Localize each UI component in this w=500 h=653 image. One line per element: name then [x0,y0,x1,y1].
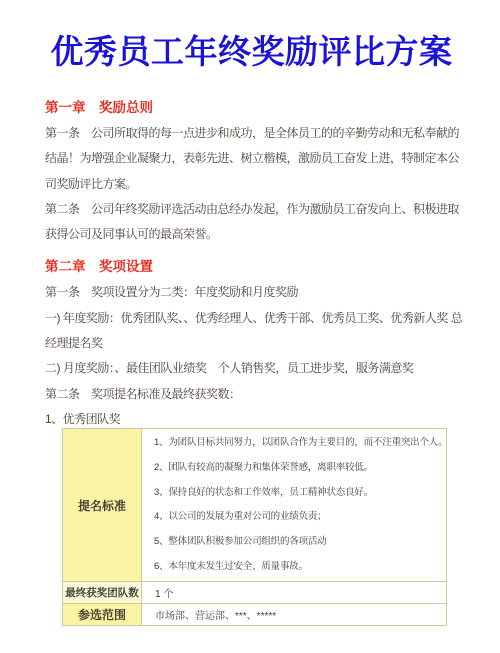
body-text-line: 一) 年度奖励：优秀团队奖、、优秀经理人、优秀干部、优秀员工奖、优秀新人奖 总 [45,306,458,331]
scope-row: 参选范围 市场部、营运部、***、***** [63,604,447,626]
scope-value-cell: 市场部、营运部、***、***** [142,604,447,626]
body-text-line: 第二条 奖项提名标准及最终获奖数： [45,382,458,407]
body-text-line: 第二条 公司年终奖励评选活动由总经办发起，作为激励员工奋发向上、积极进取 [45,197,458,222]
criteria-item: 4、以公司的发展为重对公司的业绩负责； [154,505,442,530]
body-text-line: 第一条 公司所取得的每一点进步和成功，是全体员工的的辛勤劳动和无私奉献的 [45,121,458,146]
paragraph-award-types: 第一条 奖项设置分为二类：年度奖励和月度奖励 [45,280,458,305]
criteria-item: 1、为团队目标共同努力，以团队合作为主要目的，而不注重突出个人。 [154,431,442,456]
paragraph-criteria-intro: 第二条 奖项提名标准及最终获奖数： [45,382,458,407]
chapter-1-heading: 第一章 奖励总则 [45,99,458,116]
chapter-2-heading: 第二章 奖项设置 [45,258,458,275]
criteria-item: 6、本年度未发生过安全、质量事故。 [154,555,442,580]
criteria-label-cell: 提名标准 [63,429,142,582]
winner-count-row: 最终获奖团队数 1 个 [63,582,447,604]
body-text-line: 司奖励评比方案。 [45,172,458,197]
paragraph-annual-awards: 一) 年度奖励：优秀团队奖、、优秀经理人、优秀干部、优秀员工奖、优秀新人奖 总 … [45,306,458,357]
criteria-row: 提名标准 1、为团队目标共同努力，以团队合作为主要目的，而不注重突出个人。 2、… [63,429,447,582]
criteria-item: 5、整体团队积极参加公司组织的各项活动 [154,530,442,555]
document-page: 优秀员工年终奖励评比方案 第一章 奖励总则 第一条 公司所取得的每一点进步和成功… [0,0,500,653]
winner-count-label-cell: 最终获奖团队数 [63,582,142,604]
paragraph-monthly-awards: 二) 月度奖励：、最佳团队业绩奖 个人销售奖，员工进步奖，服务满意奖 [45,356,458,381]
body-text-line: 结晶！为增强企业凝聚力，表彰先进、树立楷模，激励员工奋发上进，特制定本公 [45,146,458,171]
paragraph-article-2: 第二条 公司年终奖励评选活动由总经办发起，作为激励员工奋发向上、积极进取 获得公… [45,197,458,248]
winner-count-value-cell: 1 个 [142,582,447,604]
criteria-item: 3、保持良好的状态和工作效率，员工精神状态良好。 [154,481,442,506]
criteria-items-cell: 1、为团队目标共同努力，以团队合作为主要目的，而不注重突出个人。 2、团队有较高… [142,429,447,582]
body-text-line: 获得公司及同事认可的最高荣誉。 [45,222,458,247]
chapter-1: 第一章 奖励总则 第一条 公司所取得的每一点进步和成功，是全体员工的的辛勤劳动和… [45,99,458,247]
chapter-2: 第二章 奖项设置 第一条 奖项设置分为二类：年度奖励和月度奖励 一) 年度奖励：… [45,258,458,626]
scope-label-cell: 参选范围 [63,604,142,626]
award-criteria-table: 提名标准 1、为团队目标共同努力，以团队合作为主要目的，而不注重突出个人。 2、… [62,428,447,626]
body-text-line: 经理提名奖 [45,331,458,356]
body-text-line: 第一条 奖项设置分为二类：年度奖励和月度奖励 [45,280,458,305]
body-text-line: 二) 月度奖励：、最佳团队业绩奖 个人销售奖，员工进步奖，服务满意奖 [45,356,458,381]
document-title: 优秀员工年终奖励评比方案 [45,33,458,71]
criteria-item: 2、团队有较高的凝聚力和集体荣誉感，离职率较低。 [154,456,442,481]
paragraph-article-1: 第一条 公司所取得的每一点进步和成功，是全体员工的的辛勤劳动和无私奉献的 结晶！… [45,121,458,197]
